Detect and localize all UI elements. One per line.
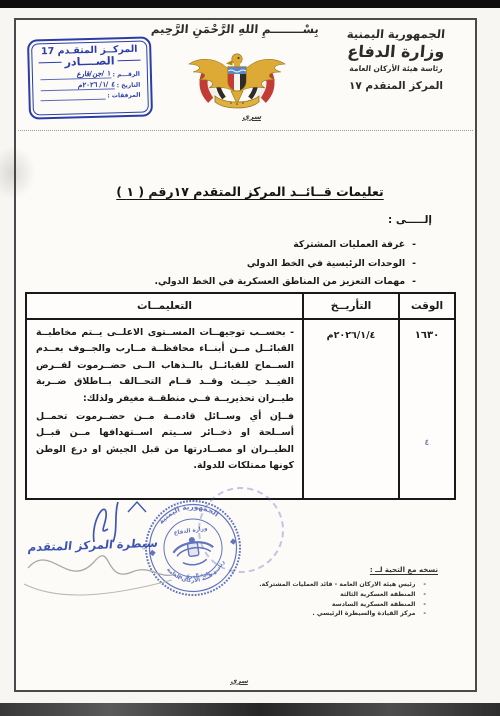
registry-number-value: ١ /جن/قارع [39, 70, 111, 80]
distribution-item: -مركز القيادة والسيطرة الرئيسي . [238, 609, 438, 619]
scan-bottom-dark-strip [0, 703, 500, 716]
to-recipient: - الوحدات الرئيسية في الخط الدولي [155, 255, 417, 274]
distribution-item: -المنطقة العسكرية الثالثة [238, 590, 438, 600]
ministry-name: وزارة الدفاع [324, 42, 468, 61]
scanned-military-document: المركــز المتقـدم 17 الصــــادر الرقـــم… [0, 0, 500, 716]
table-header-instructions: التعليمــات [27, 294, 302, 318]
handwritten-note-4: ٤ [400, 438, 454, 447]
to-recipient: - غرفة العمليات المشتركة [155, 236, 417, 255]
table-header-time: الوقت [398, 294, 454, 318]
classification-mark-bottom: سري [230, 677, 250, 685]
svg-text:الجمهورية اليمنية: الجمهورية اليمنية [155, 498, 222, 527]
registry-attachments-label: المرفقات : [107, 92, 140, 100]
distribution-heading: نسخه مع التحية لــ : [238, 566, 438, 574]
stamp-ministry-text: وزارة الدفاع [173, 526, 208, 537]
republic-name: الجمهورية اليمنية [324, 27, 467, 41]
distribution-item: -رئيس هيئة الاركان العامة - قائد العمليا… [238, 580, 438, 590]
header-separator-line [18, 130, 473, 131]
pencil-signature [20, 548, 185, 606]
to-recipient-list: - غرفة العمليات المشتركة - الوحدات الرئي… [155, 236, 417, 292]
table-header-row: الوقت التأريــخ التعليمــات [27, 294, 454, 320]
letterhead-org-block: الجمهورية اليمنية وزارة الدفاع رئاسة هيئ… [325, 27, 467, 92]
instructions-table: الوقت التأريــخ التعليمــات ١٦٣٠ ٤ ٢٠٢٦/… [25, 292, 456, 500]
table-cell-date: ٢٠٢٦/١/٤م [302, 320, 398, 498]
table-row: ١٦٣٠ ٤ ٢٠٢٦/١/٤م - بحســب توجيهــات المس… [27, 320, 454, 498]
center-name: المركز المتقدم ١٧ [325, 80, 467, 92]
stamp-arc-top-text: الجمهورية اليمنية [155, 498, 222, 527]
table-cell-instructions: - بحســب توجيهــات المســتوى الاعلــى يـ… [27, 320, 302, 498]
classification-mark-top: سري [242, 112, 263, 121]
distribution-list: نسخه مع التحية لــ : -رئيس هيئة الاركان … [238, 566, 438, 619]
registry-date-label: التاريخ : [117, 82, 141, 90]
distribution-item: -المنطقة العسكرية السادسة [238, 600, 438, 610]
document-title: تعليمات قــائــد المركز المتقدم ١٧رقم ( … [0, 181, 500, 200]
table-header-date: التأريــخ [302, 294, 398, 318]
scan-top-black-bar [0, 0, 500, 8]
outgoing-registry-stamp: المركــز المتقـدم 17 الصــــادر الرقـــم… [27, 36, 153, 119]
to-label: إلـــــى : [388, 214, 432, 226]
instructions-paragraph-2: فــإن أي وســائل قادمــة مــن حضــرموت ت… [36, 409, 294, 475]
registry-attachments-value [40, 99, 105, 102]
yemen-eagle-emblem-icon [183, 50, 291, 110]
registry-number-label: الرقـــم : [113, 71, 141, 79]
instructions-paragraph-1: - بحســب توجيهــات المســتوى الاعلــى يـ… [36, 325, 294, 407]
to-recipient: - مهمات التعزيز من المناطق العسكرية في ا… [155, 273, 417, 292]
general-staff-name: رئاسة هيئة الأركان العامة [325, 64, 468, 73]
registry-date-value: ٤ /١/ ٢٠٢٦م [40, 81, 116, 91]
table-cell-time: ١٦٣٠ ٤ [398, 320, 454, 498]
bismillah-calligraphy: بِسْــــــــمِ اللهِ الرَّحْمَنِ الرَّحِ… [150, 22, 321, 36]
registry-outgoing-label: الصــــادر [64, 54, 114, 68]
